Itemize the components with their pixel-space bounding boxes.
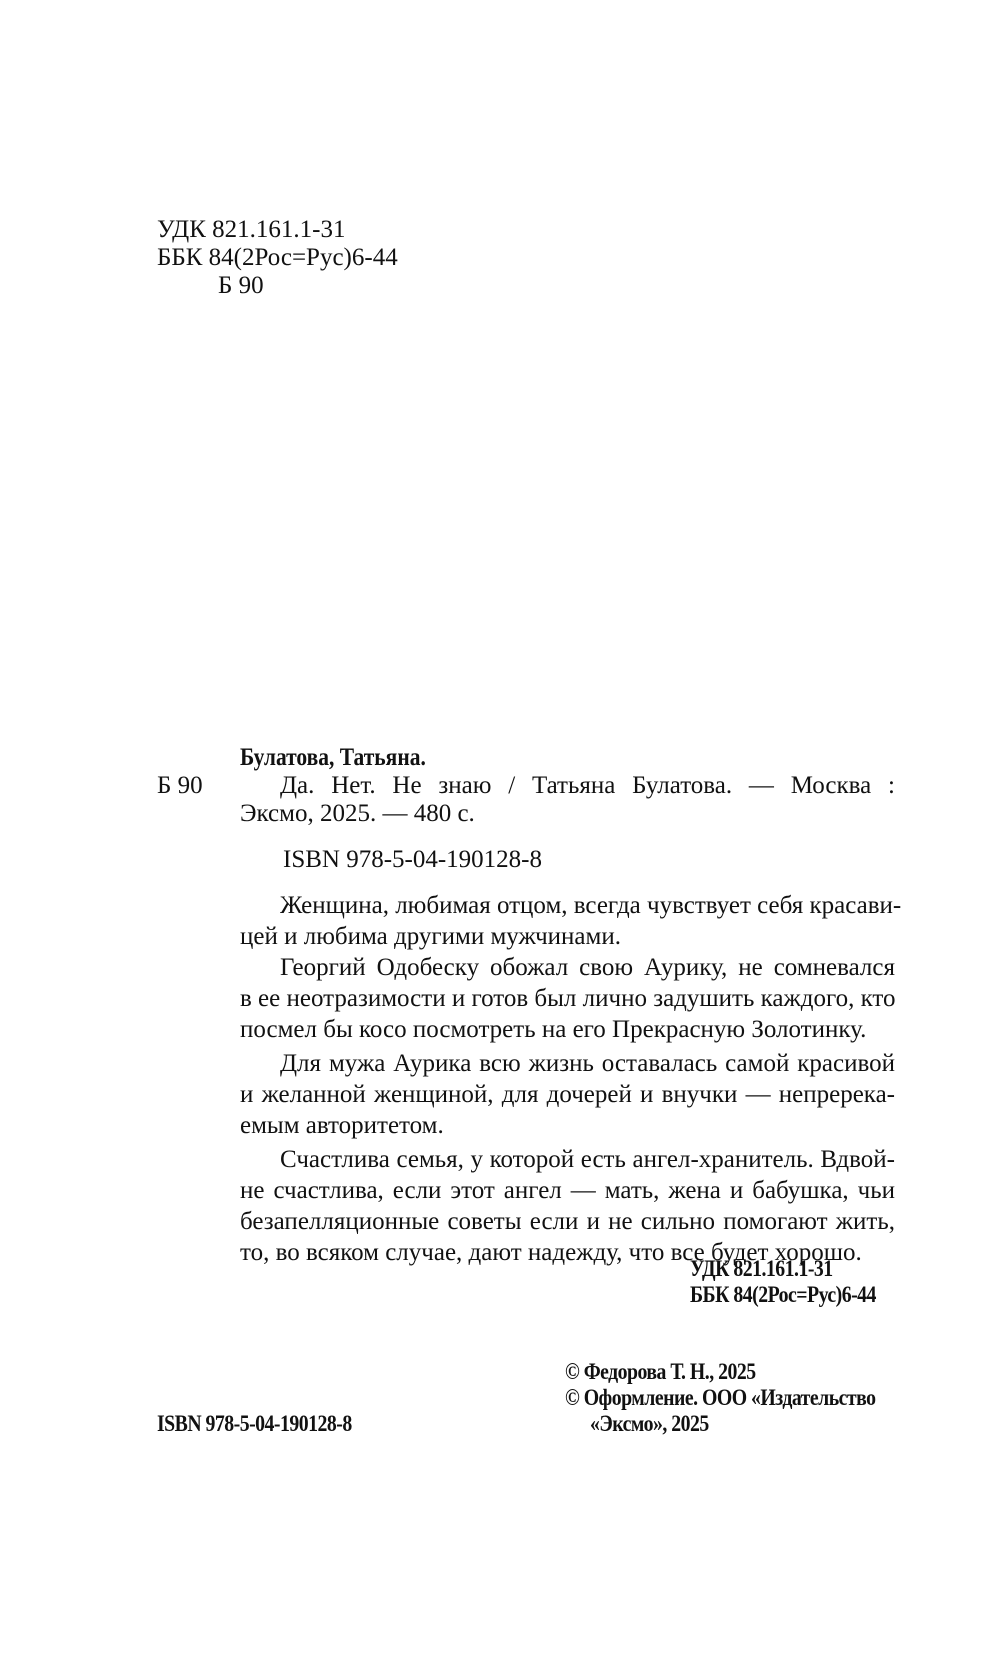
annotation-line: не счастлива, если этот ангел — мать, же… <box>240 1175 895 1206</box>
udk-code-bottom: УДК 821.161.1-31 <box>690 1256 833 1282</box>
copyright-publisher: «Эксмо», 2025 <box>590 1411 709 1437</box>
annotation-line: емым авторитетом. <box>240 1110 895 1141</box>
udk-code-top: УДК 821.161.1-31 <box>157 216 345 244</box>
author-mark-left: Б 90 <box>157 772 203 800</box>
annotation-line: Георгий Одобеску обожал свою Аурику, не … <box>240 952 895 983</box>
author-mark-top: Б 90 <box>218 272 264 300</box>
annotation-line: Женщина, любимая отцом, всегда чувствует… <box>240 890 895 921</box>
copyright-design: © Оформление. ООО «Издательство <box>565 1385 876 1411</box>
annotation: Женщина, любимая отцом, всегда чувствует… <box>240 890 895 1268</box>
annotation-line: Для мужа Аурика всю жизнь оставалась сам… <box>240 1048 895 1079</box>
isbn-footer: ISBN 978-5-04-190128-8 <box>157 1411 352 1437</box>
bbk-code-bottom: ББК 84(2Рос=Рус)6-44 <box>690 1282 876 1308</box>
annotation-line: Счастлива семья, у которой есть ангел-хр… <box>240 1144 895 1175</box>
annotation-line: безапелляционные советы если и не сильно… <box>240 1206 895 1237</box>
publisher-line: Эксмо, 2025. — 480 с. <box>240 800 475 828</box>
bbk-code-top: ББК 84(2Рос=Рус)6-44 <box>157 244 398 272</box>
annotation-line: и желанной женщиной, для дочерей и внучк… <box>240 1079 895 1110</box>
annotation-line: в ее неотразимости и готов был лично зад… <box>240 983 895 1014</box>
annotation-line: посмел бы косо посмотреть на его Прекрас… <box>240 1014 895 1045</box>
copyright-author: © Федорова Т. Н., 2025 <box>565 1359 756 1385</box>
title-line: Да. Нет. Не знаю / Татьяна Булатова. — М… <box>240 772 895 800</box>
annotation-line: цей и любима другими мужчинами. <box>240 921 895 952</box>
author-heading: Булатова, Татьяна. <box>240 744 426 772</box>
isbn-record: ISBN 978-5-04-190128-8 <box>283 846 542 874</box>
